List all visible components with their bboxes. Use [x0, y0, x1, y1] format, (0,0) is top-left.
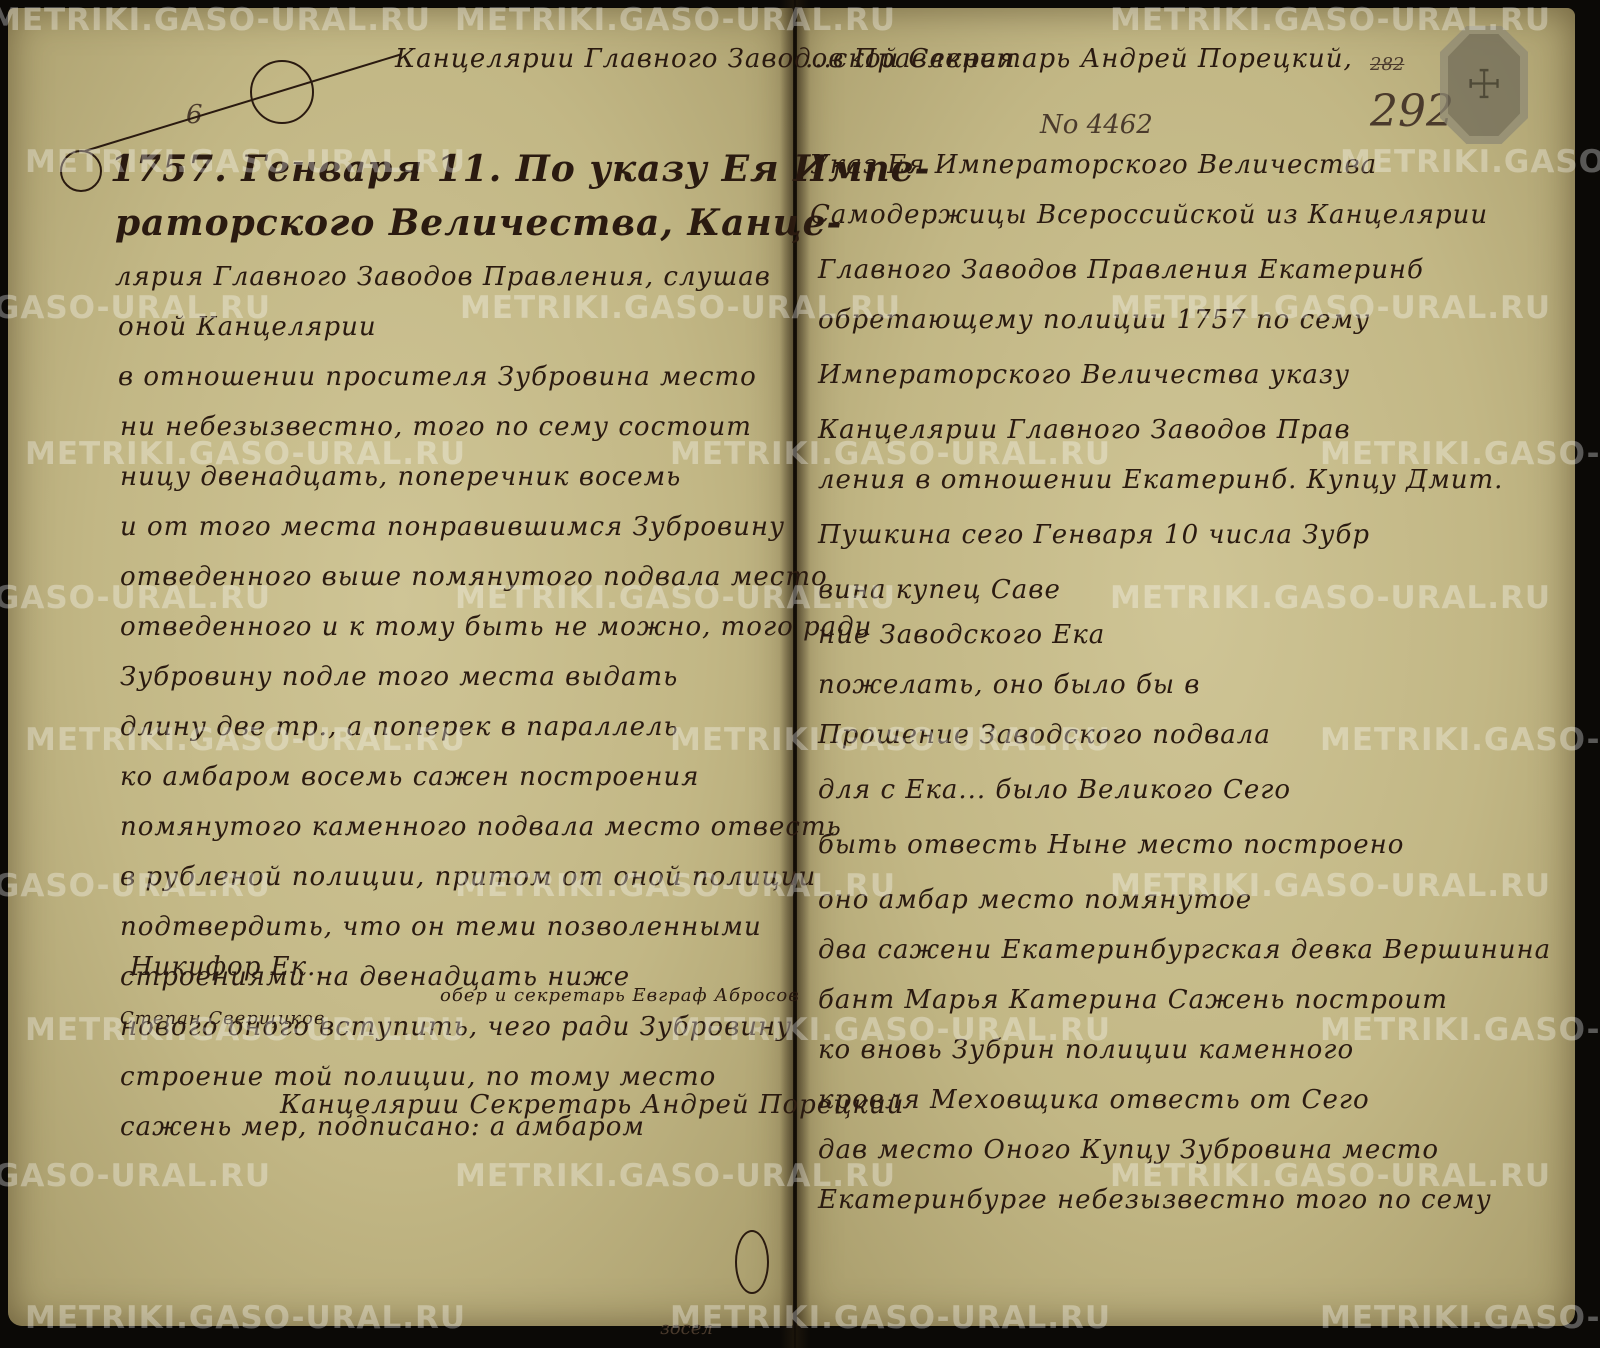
manuscript-line: ко вновь Зубрин полиции каменного	[818, 1035, 1354, 1065]
manuscript-line: раторского Величества, Канце-	[115, 202, 842, 244]
manuscript-line: Главного Заводов Правления Екатеринб	[818, 255, 1424, 285]
manuscript-line: обретающему полиции 1757 по сему	[818, 305, 1370, 335]
manuscript-line: Указ Ея Императорского Величества	[810, 150, 1377, 180]
old-folio-number: 282	[1370, 54, 1404, 75]
manuscript-line: для с Ека... было Великого Сего	[818, 775, 1291, 805]
manuscript-line: оной Канцелярии	[118, 312, 377, 342]
manuscript-line: лярия Главного Заводов Правления, слушав	[115, 262, 771, 292]
signature: Никифор Ек...	[130, 952, 335, 982]
manuscript-line: Императорского Величества указу	[818, 360, 1350, 390]
signature: Канцелярии Секретарь Андрей Порецкий	[280, 1090, 904, 1120]
signature: Степан Сверщиков	[120, 1008, 326, 1029]
manuscript-line: Прошение Заводского подвала	[818, 720, 1271, 750]
flourish-ornament	[60, 150, 102, 192]
manuscript-line: Екатеринбурге небезызвестно того по сему	[818, 1185, 1492, 1215]
flourish-ornament	[250, 60, 314, 124]
stamp-seal: ☩	[1440, 26, 1528, 144]
manuscript-line: дав место Оного Купцу Зубровина место	[818, 1135, 1439, 1165]
manuscript-line: в рубленой полиции, притом от оной полиц…	[120, 862, 816, 892]
manuscript-line: Пушкина сего Генваря 10 числа Зубр	[818, 520, 1370, 550]
manuscript-line: подтвердить, что он теми позволенными	[120, 912, 762, 942]
scanned-book: Канцелярии Главного Заводов Правления 6 …	[0, 0, 1600, 1348]
document-number: No 4462	[1040, 110, 1153, 140]
manuscript-line: бант Марья Катерина Сажень построит	[818, 985, 1448, 1015]
manuscript-line: строение той полиции, по тому место	[120, 1062, 716, 1092]
manuscript-line: ления в отношении Екатеринб. Купцу Дмит.	[818, 465, 1503, 495]
manuscript-line: отведенного выше помянутого подвала мест…	[120, 562, 828, 592]
manuscript-line: длину две тр., а поперек в параллель	[120, 712, 679, 742]
manuscript-line: Зубровину подле того места выдать	[120, 662, 678, 692]
manuscript-line: отведенного и к тому быть не можно, того…	[120, 612, 872, 642]
signature: обер и секретарь Евграф Абросов	[440, 985, 800, 1006]
manuscript-line: вина купец Саве	[818, 575, 1061, 605]
manuscript-line: оно амбар место помянутое	[818, 885, 1252, 915]
manuscript-line: пожелать, оно было бы в	[818, 670, 1200, 700]
bottom-note: зосел	[660, 1318, 713, 1339]
manuscript-line: кровля Меховщика отвесть от Сего	[818, 1085, 1370, 1115]
manuscript-line: ние Заводского Ека	[818, 620, 1105, 650]
manuscript-line: ни небезызвестно, того по сему состоит	[120, 412, 752, 442]
manuscript-line: в отношении просителя Зубровина место	[118, 362, 757, 392]
manuscript-line: Самодержицы Всероссийской из Канцелярии	[810, 200, 1488, 230]
manuscript-line: Канцелярии Главного Заводов Прав	[818, 415, 1351, 445]
flourish-ornament	[735, 1230, 769, 1294]
date-line: 1757. Генваря 11. По указу Ея Импе-	[110, 148, 930, 190]
manuscript-line: помянутого каменного подвала место отвес…	[120, 812, 842, 842]
manuscript-line: два сажени Екатеринбургская девка Вершин…	[818, 935, 1551, 965]
manuscript-line: ницу двенадцать, поперечник восемь	[120, 462, 681, 492]
double-headed-eagle-icon: ☩	[1448, 34, 1520, 136]
manuscript-line: быть отвесть Ныне место построено	[818, 830, 1404, 860]
manuscript-line: и от того места понравившимся Зубровину	[120, 512, 785, 542]
right-header-line: ...ской Секретарь Андрей Порецкий,	[805, 44, 1353, 74]
manuscript-line: ко амбаром восемь сажен построения	[120, 762, 699, 792]
